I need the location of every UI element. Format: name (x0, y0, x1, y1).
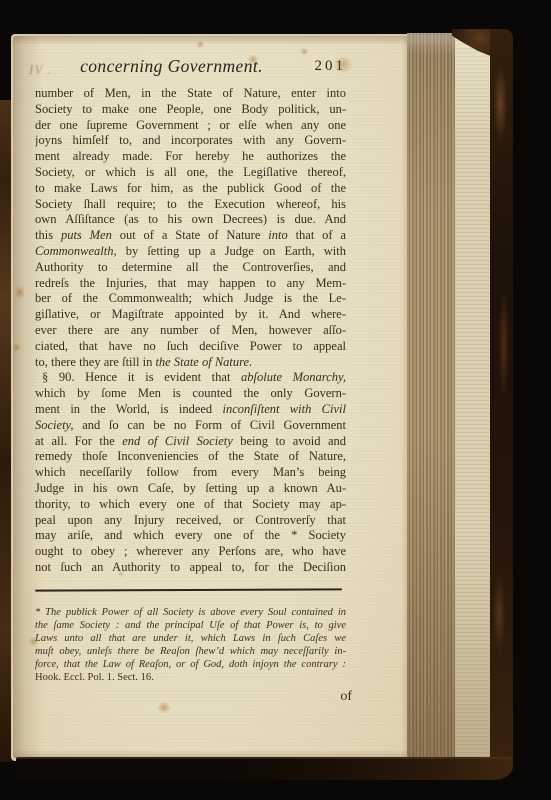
footnote-text: * The publick Power of all Society is ab… (35, 606, 346, 684)
fore-edge-texture (407, 33, 455, 761)
foxing-spot (13, 342, 20, 353)
foxing-spot (16, 284, 24, 301)
text-column: IV . concerning Government. 201 number o… (35, 36, 346, 758)
cover-edge-bottom (16, 757, 513, 780)
body-text: number of Men, in the State of Nature, e… (35, 86, 346, 576)
page-number: 201 (315, 58, 347, 75)
footnote-rule (35, 588, 342, 591)
running-title: concerning Government. (41, 56, 302, 77)
page-header: IV . concerning Government. 201 (35, 56, 346, 82)
paragraph: number of Men, in the State of Nature, e… (35, 86, 346, 370)
outer-page-edges (455, 34, 490, 761)
catchword: of (340, 689, 352, 705)
book-photo: IV . concerning Government. 201 number o… (0, 0, 551, 800)
paragraph: § 90. Hence it is evident that abſolute … (35, 370, 346, 575)
book-page: IV . concerning Government. 201 number o… (13, 36, 407, 758)
cover-edge-right (490, 29, 513, 778)
